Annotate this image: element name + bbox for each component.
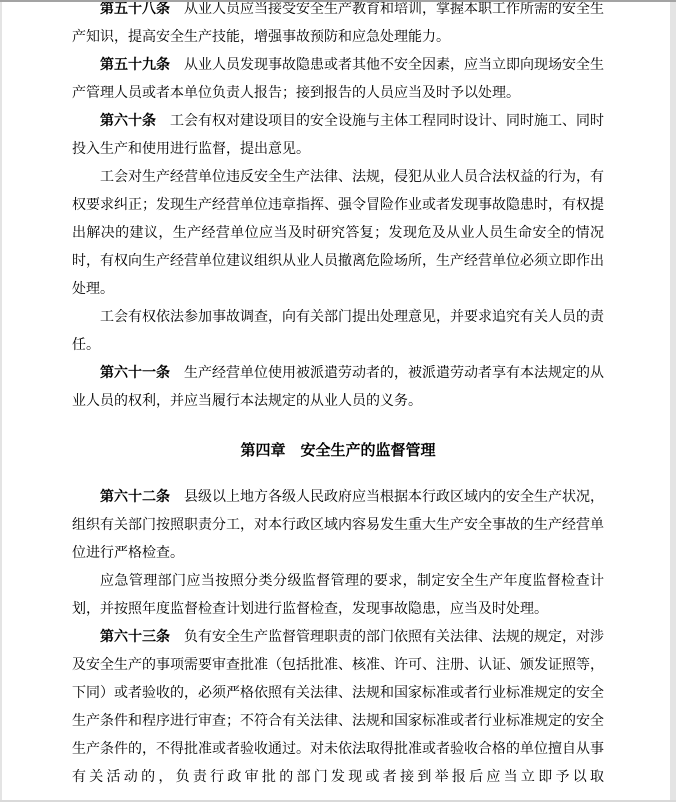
article-number: 第六十条: [100, 114, 156, 129]
article-number: 第五十八条: [100, 2, 170, 17]
paragraph: 应急管理部门应当按照分类分级监督管理的要求，制定安全生产年度监督检查计划，并按照…: [72, 568, 604, 624]
article-number: 第六十三条: [100, 630, 170, 645]
document-content: 第五十八条 从业人员应当接受安全生产教育和培训，掌握本职工作所需的安全生产知识，…: [72, 2, 604, 792]
paragraph: 工会有权依法参加事故调查，向有关部门提出处理意见，并要求追究有关人员的责任。: [72, 304, 604, 360]
paragraph: 工会对生产经营单位违反安全生产法律、法规，侵犯从业人员合法权益的行为，有权要求纠…: [72, 164, 604, 304]
chapter-heading: 第四章 安全生产的监督管理: [72, 437, 604, 465]
article-paragraph: 第六十二条 县级以上地方各级人民政府应当根据本行政区域内的安全生产状况，组织有关…: [72, 484, 604, 568]
article-paragraph: 第五十八条 从业人员应当接受安全生产教育和培训，掌握本职工作所需的安全生产知识，…: [72, 2, 604, 52]
article-paragraph: 第六十一条 生产经营单位使用被派遣劳动者的，被派遣劳动者享有本法规定的从业人员的…: [72, 360, 604, 416]
page-top-edge: [0, 0, 676, 2]
article-number: 第六十一条: [100, 366, 170, 381]
viewer-background: { "page": { "background": "#ffffff", "vi…: [0, 0, 676, 802]
article-paragraph: 第五十九条 从业人员发现事故隐患或者其他不安全因素，应当立即向现场安全生产管理人…: [72, 52, 604, 108]
article-number: 第五十九条: [100, 58, 170, 73]
article-paragraph: 第六十条 工会有权对建设项目的安全设施与主体工程同时设计、同时施工、同时投入生产…: [72, 108, 604, 164]
article-number: 第六十二条: [100, 490, 170, 505]
document-page[interactable]: 第五十八条 从业人员应当接受安全生产教育和培训，掌握本职工作所需的安全生产知识，…: [2, 2, 670, 800]
article-paragraph: 第六十三条 负有安全生产监督管理职责的部门依照有关法律、法规的规定，对涉及安全生…: [72, 624, 604, 792]
